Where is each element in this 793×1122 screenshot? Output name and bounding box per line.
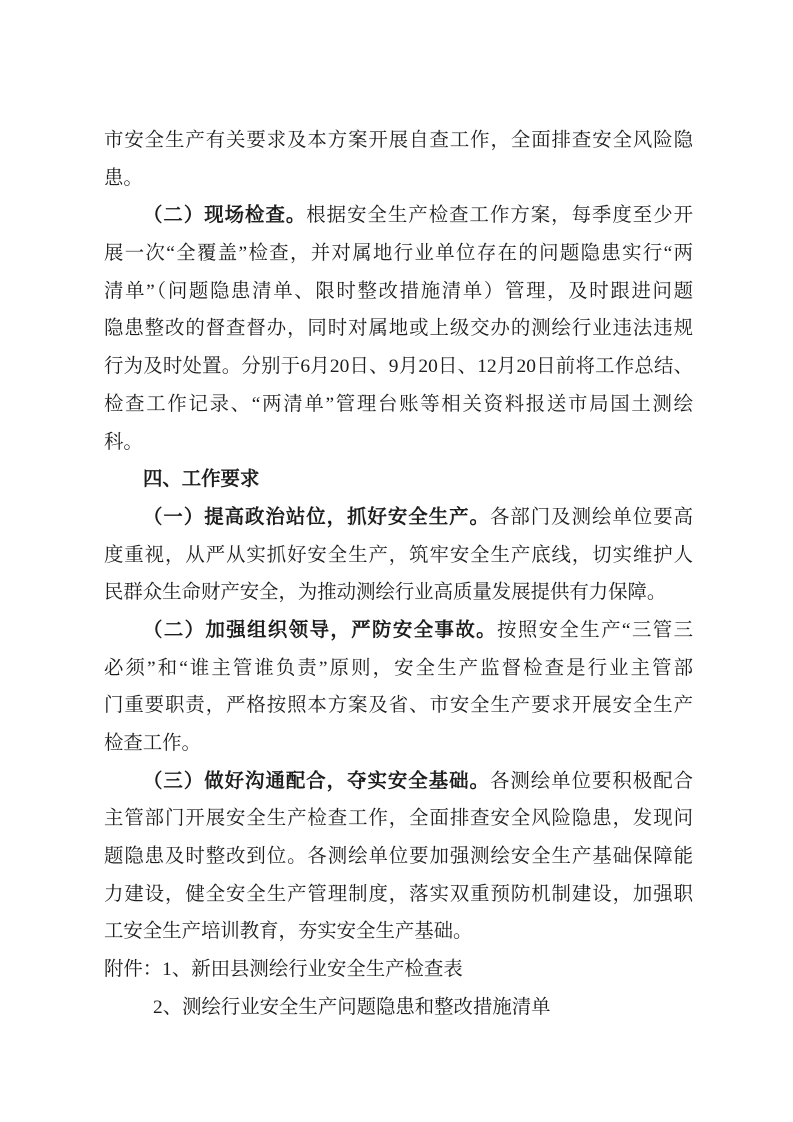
- text-line: （一）提高政治站位，抓好安全生产。各部门及测绘单位要高: [104, 499, 693, 537]
- text-segment: 根据安全生产检查工作方案，每季度至少开: [306, 205, 693, 226]
- heading-segment: （一）提高政治站位，抓好安全生产。: [143, 507, 490, 528]
- text-segment: 门重要职责，严格按照本方案及省、市安全生产要求开展安全生产: [104, 695, 693, 716]
- text-segment: 患。: [104, 168, 143, 189]
- text-line: 行为及时处置。分别于6月20日、9月20日、12月20日前将工作总结、: [104, 348, 693, 386]
- text-line: 市安全生产有关要求及本方案开展自查工作，全面排查安全风险隐: [104, 122, 693, 160]
- text-line: （二）加强组织领导，严防安全事故。按照安全生产“三管三: [104, 612, 693, 650]
- text-segment: 展一次“全覆盖”检查，并对属地行业单位存在的问题隐患实行“两: [104, 243, 693, 264]
- text-line: （二）现场检查。根据安全生产检查工作方案，每季度至少开: [104, 197, 693, 235]
- text-line: 题隐患及时整改到位。各测绘单位要加强测绘安全生产基础保障能: [104, 838, 693, 876]
- text-segment: 力建设，健全安全生产管理制度，落实双重预防机制建设，加强职: [104, 884, 693, 905]
- text-line: 清单”（问题隐患清单、限时整改措施清单）管理，及时跟进问题: [104, 273, 693, 311]
- text-segment: 检查工作。: [104, 733, 201, 754]
- text-segment: 清单”（问题隐患清单、限时整改措施清单）管理，及时跟进问题: [104, 281, 693, 302]
- text-segment: 市安全生产有关要求及本方案开展自查工作，全面排查安全风险隐: [104, 130, 693, 151]
- text-line: 门重要职责，严格按照本方案及省、市安全生产要求开展安全生产: [104, 687, 693, 725]
- text-segment: 主管部门开展安全生产检查工作，全面排查安全风险隐患，发现问: [104, 808, 693, 829]
- heading-segment: 四、工作要求: [143, 469, 259, 490]
- text-segment: 必须”和“谁主管谁负责”原则，安全生产监督检查是行业主管部: [104, 658, 693, 679]
- text-line: 民群众生命财产安全，为推动测绘行业高质量发展提供有力保障。: [104, 574, 693, 612]
- text-segment: 题隐患及时整改到位。各测绘单位要加强测绘安全生产基础保障能: [104, 846, 693, 867]
- text-line: 必须”和“谁主管谁负责”原则，安全生产监督检查是行业主管部: [104, 650, 693, 688]
- document-body: 市安全生产有关要求及本方案开展自查工作，全面排查安全风险隐患。（二）现场检查。根…: [104, 122, 693, 1027]
- text-line: 科。: [104, 424, 693, 462]
- text-segment: 检查工作记录、“两清单”管理台账等相关资料报送市局国土测绘: [104, 394, 693, 415]
- text-segment: 科。: [104, 432, 143, 453]
- text-segment: 各部门及测绘单位要高: [490, 507, 693, 528]
- text-line: 2、测绘行业安全生产问题隐患和整改措施清单: [104, 989, 693, 1027]
- text-segment: 各测绘单位要积极配合: [490, 771, 693, 792]
- text-segment: 行为及时处置。分别于6月20日、9月20日、12月20日前将工作总结、: [104, 356, 693, 377]
- text-segment: 工安全生产培训教育，夯实安全生产基础。: [104, 921, 472, 942]
- text-line: 患。: [104, 160, 693, 198]
- text-line: （三）做好沟通配合，夺实安全基础。各测绘单位要积极配合: [104, 763, 693, 801]
- heading-segment: （三）做好沟通配合，夺实安全基础。: [143, 771, 490, 792]
- text-segment: 附件：1、新田县测绘行业安全生产检查表: [104, 959, 463, 980]
- text-line: 工安全生产培训教育，夯实安全生产基础。: [104, 913, 693, 951]
- text-segment: 按照安全生产“三管三: [497, 620, 693, 641]
- text-line: 度重视，从严从实抓好安全生产，筑牢安全生产底线，切实维护人: [104, 537, 693, 575]
- document-page: 市安全生产有关要求及本方案开展自查工作，全面排查安全风险隐患。（二）现场检查。根…: [0, 0, 793, 1122]
- text-line: 主管部门开展安全生产检查工作，全面排查安全风险隐患，发现问: [104, 800, 693, 838]
- heading-segment: （二）加强组织领导，严防安全事故。: [143, 620, 497, 641]
- text-segment: 民群众生命财产安全，为推动测绘行业高质量发展提供有力保障。: [104, 582, 666, 603]
- text-line: 附件：1、新田县测绘行业安全生产检查表: [104, 951, 693, 989]
- text-segment: 2、测绘行业安全生产问题隐患和整改措施清单: [153, 997, 551, 1018]
- text-line: 力建设，健全安全生产管理制度，落实双重预防机制建设，加强职: [104, 876, 693, 914]
- text-line: 四、工作要求: [104, 461, 693, 499]
- text-line: 检查工作。: [104, 725, 693, 763]
- text-line: 检查工作记录、“两清单”管理台账等相关资料报送市局国土测绘: [104, 386, 693, 424]
- text-segment: 隐患整改的督查督办，同时对属地或上级交办的测绘行业违法违规: [104, 318, 693, 339]
- heading-segment: （二）现场检查。: [143, 205, 306, 226]
- text-line: 展一次“全覆盖”检查，并对属地行业单位存在的问题隐患实行“两: [104, 235, 693, 273]
- text-line: 隐患整改的督查督办，同时对属地或上级交办的测绘行业违法违规: [104, 310, 693, 348]
- text-segment: 度重视，从严从实抓好安全生产，筑牢安全生产底线，切实维护人: [104, 545, 693, 566]
